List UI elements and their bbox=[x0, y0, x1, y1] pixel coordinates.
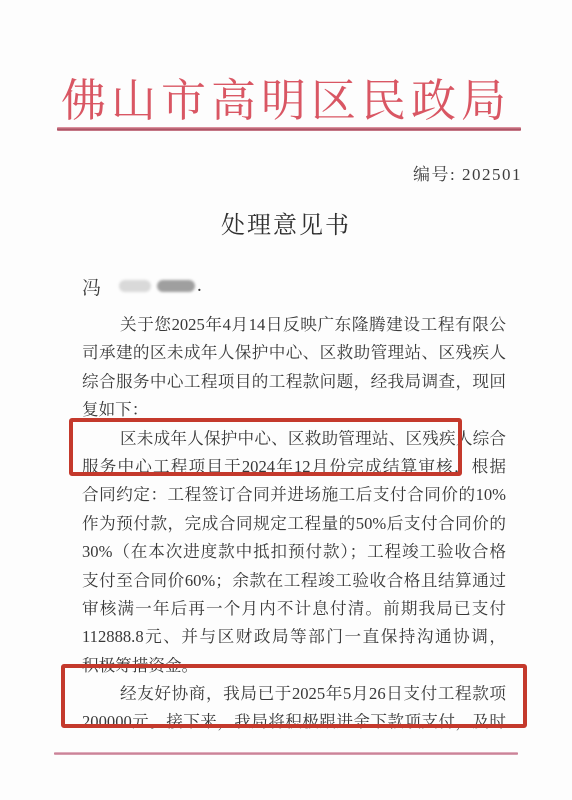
body-line: 区未成年人保护中心、区救助管理站、区残疾人综合 bbox=[82, 425, 506, 453]
salutation: 冯 . bbox=[82, 274, 202, 298]
body-line: 作为预付款，完成合同规定工程量的50%后支付合同价的 bbox=[82, 510, 506, 538]
letterhead-rule bbox=[57, 127, 521, 131]
body-line: 112888.8元、并与区财政局等部门一直保持沟通协调， bbox=[82, 623, 506, 651]
body-line: 司承建的区未成年人保护中心、区救助管理站、区残疾人 bbox=[82, 339, 506, 367]
document-title: 处理意见书 bbox=[0, 205, 572, 240]
document-number: 编号: 202501 bbox=[413, 160, 522, 185]
body-line: 关于您2025年4月14日反映广东隆腾建设工程有限公 bbox=[82, 311, 506, 339]
redacted-name-segment bbox=[119, 280, 151, 292]
body-line: 经友好协商，我局已于2025年5月26日支付工程款项 bbox=[82, 680, 506, 708]
body-line: 积极筹措资金。 bbox=[82, 652, 506, 680]
body-line: 复如下： bbox=[82, 396, 506, 424]
addressee-surname: 冯 bbox=[82, 273, 101, 300]
letterhead-org-title: 佛山市高明区民政局 bbox=[0, 64, 572, 129]
body-line: 200000元。接下来，我局将积极跟进余下款项支付，及时 bbox=[82, 708, 506, 736]
body-line: 综合服务中心工程项目的工程款问题，经我局调查，现回 bbox=[82, 368, 506, 396]
redacted-name-segment bbox=[157, 280, 195, 292]
body-line: 支付至合同价60%；余款在工程竣工验收合格且结算通过 bbox=[82, 567, 506, 595]
body-text: 关于您2025年4月14日反映广东隆腾建设工程有限公 司承建的区未成年人保护中心… bbox=[82, 311, 506, 737]
scanned-document-page: 佛山市高明区民政局 编号: 202501 处理意见书 冯 . 关于您2025年4… bbox=[0, 0, 572, 800]
body-line: 服务中心工程项目于2024年12月份完成结算审核，根据 bbox=[82, 453, 506, 481]
body-line: 合同约定：工程签订合同并进场施工后支付合同价的10% bbox=[82, 481, 506, 509]
page-bottom-edge-line bbox=[54, 752, 518, 755]
salutation-punctuation: . bbox=[197, 275, 202, 297]
body-line: 30%（在本次进度款中抵扣预付款）；工程竣工验收合格 bbox=[82, 538, 506, 566]
body-line: 审核满一年后再一个月内不计息付清。前期我局已支付 bbox=[82, 595, 506, 623]
